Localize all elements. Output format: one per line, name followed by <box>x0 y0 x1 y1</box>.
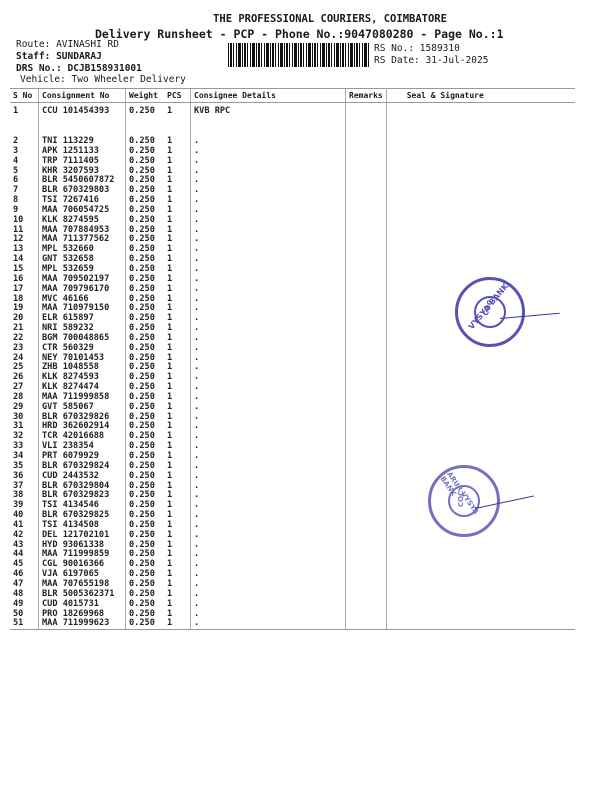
consignee-details-cell: . <box>191 413 346 423</box>
seal-signature-cell <box>386 422 575 432</box>
seal-signature-cell <box>386 363 575 373</box>
remarks-cell <box>346 275 387 285</box>
sno-cell: 1 <box>10 103 39 138</box>
consignee-details-cell: . <box>191 147 346 157</box>
remarks-cell <box>346 373 387 383</box>
consignee-details-cell: . <box>191 176 346 186</box>
table-row: 32TCR 420166880.2501. <box>10 432 575 442</box>
table-row: 51MAA 7119996230.2501. <box>10 619 575 629</box>
vehicle-label: Vehicle: <box>20 74 66 85</box>
remarks-cell <box>346 285 387 295</box>
route-label: Route: <box>16 39 50 50</box>
consignee-details-cell: . <box>191 580 346 590</box>
remarks-cell <box>346 442 387 452</box>
consignee-details-cell: . <box>191 541 346 551</box>
remarks-cell <box>346 295 387 305</box>
remarks-cell <box>346 610 387 620</box>
consignee-details-cell: . <box>191 235 346 245</box>
remarks-cell <box>346 265 387 275</box>
consignee-details-cell: . <box>191 265 346 275</box>
stamp-inner-text: COC <box>457 491 465 507</box>
consignee-details-cell: . <box>191 432 346 442</box>
seal-signature-cell <box>386 393 575 403</box>
seal-signature-cell <box>386 235 575 245</box>
table-row: 12MAA 7113775620.2501. <box>10 235 575 245</box>
remarks-cell <box>346 147 387 157</box>
seal-signature-cell <box>386 452 575 462</box>
remarks-cell <box>346 580 387 590</box>
remarks-cell <box>346 363 387 373</box>
consignee-details-cell: . <box>191 167 346 177</box>
consignee-details-cell: . <box>191 216 346 226</box>
remarks-cell <box>346 383 387 393</box>
seal-signature-cell <box>386 550 575 560</box>
seal-signature-cell <box>386 196 575 206</box>
consignee-details-cell: . <box>191 196 346 206</box>
consignee-details-cell: . <box>191 619 346 629</box>
consignee-details-cell: . <box>191 363 346 373</box>
col-sno: S No <box>10 89 39 103</box>
remarks-cell <box>346 432 387 442</box>
consignee-details-cell: . <box>191 285 346 295</box>
remarks-cell <box>346 501 387 511</box>
remarks-cell <box>346 600 387 610</box>
remarks-cell <box>346 176 387 186</box>
remarks-cell <box>346 304 387 314</box>
vehicle-value: Two Wheeler Delivery <box>72 74 186 85</box>
consignee-details-cell: . <box>191 186 346 196</box>
remarks-cell <box>346 590 387 600</box>
seal-signature-cell <box>386 590 575 600</box>
consignee-details-cell: . <box>191 354 346 364</box>
consignee-details-cell: . <box>191 334 346 344</box>
seal-signature-cell <box>386 403 575 413</box>
bank-stamp: ARUR VYSYA BANK COC <box>428 465 500 537</box>
seal-signature-cell <box>386 167 575 177</box>
remarks-cell <box>346 462 387 472</box>
consignee-details-cell: . <box>191 560 346 570</box>
remarks-cell <box>346 186 387 196</box>
seal-signature-cell <box>386 265 575 275</box>
col-seal-signature: Seal & Signature <box>386 89 575 103</box>
consignee-details-cell: . <box>191 344 346 354</box>
consignee-details-cell: . <box>191 373 346 383</box>
remarks-cell <box>346 531 387 541</box>
pcs-cell: 1 <box>164 619 191 629</box>
drs-label: DRS No.: <box>16 63 62 74</box>
seal-signature-cell <box>386 610 575 620</box>
remarks-cell <box>346 541 387 551</box>
remarks-cell <box>346 216 387 226</box>
table-header-row: S No Consignment No Weight PCS Consignee… <box>10 89 575 103</box>
route-line: Route: AVINASHI RD <box>16 39 119 51</box>
remarks-cell <box>346 403 387 413</box>
consignee-details-cell: . <box>191 314 346 324</box>
remarks-cell <box>346 344 387 354</box>
remarks-cell <box>346 196 387 206</box>
route-value: AVINASHI RD <box>56 39 119 50</box>
consignee-details-cell: . <box>191 442 346 452</box>
consignee-details-cell: . <box>191 511 346 521</box>
seal-signature-cell <box>386 413 575 423</box>
seal-signature-cell <box>386 245 575 255</box>
seal-signature-cell <box>386 186 575 196</box>
seal-signature-cell <box>386 383 575 393</box>
weight-cell: 0.250 <box>126 619 165 629</box>
remarks-cell <box>346 619 387 629</box>
consignee-details-cell: . <box>191 226 346 236</box>
remarks-cell <box>346 570 387 580</box>
remarks-cell <box>346 226 387 236</box>
consignee-details-cell: . <box>191 600 346 610</box>
col-remarks: Remarks <box>346 89 387 103</box>
seal-signature-cell <box>386 373 575 383</box>
consignment-no-cell: CCU 101454393 <box>39 103 126 138</box>
col-weight: Weight <box>126 89 165 103</box>
table-row: 1CCU 1014543930.2501KVB RPC <box>10 103 575 138</box>
remarks-cell <box>346 354 387 364</box>
remarks-cell <box>346 167 387 177</box>
runsheet-subtitle: Delivery Runsheet - PCP - Phone No.:9047… <box>95 27 504 41</box>
seal-signature-cell <box>386 147 575 157</box>
rs-no-line: RS No.: 1589310 <box>374 43 460 55</box>
seal-signature-cell <box>386 580 575 590</box>
consignee-details-cell: . <box>191 403 346 413</box>
consignee-details-cell: . <box>191 521 346 531</box>
table-body: 1CCU 1014543930.2501KVB RPC2TNI 1132290.… <box>10 103 575 630</box>
consignee-details-cell: . <box>191 137 346 147</box>
remarks-cell <box>346 452 387 462</box>
seal-signature-cell <box>386 226 575 236</box>
remarks-cell <box>346 482 387 492</box>
seal-signature-cell <box>386 255 575 265</box>
consignee-details-cell: . <box>191 491 346 501</box>
rs-no-value: 1589310 <box>420 43 460 54</box>
staff-label: Staff: <box>16 51 50 62</box>
remarks-cell <box>346 393 387 403</box>
staff-line: Staff: SUNDARAJ <box>16 51 102 63</box>
seal-signature-cell <box>386 216 575 226</box>
remarks-cell <box>346 314 387 324</box>
remarks-cell <box>346 206 387 216</box>
consignee-details-cell: . <box>191 304 346 314</box>
consignee-details-cell: . <box>191 570 346 580</box>
consignee-details-cell: KVB RPC <box>191 103 346 138</box>
consignee-details-cell: . <box>191 452 346 462</box>
vehicle-line: Vehicle: Two Wheeler Delivery <box>20 74 186 86</box>
consignee-details-cell: . <box>191 472 346 482</box>
remarks-cell <box>346 324 387 334</box>
remarks-cell <box>346 422 387 432</box>
seal-signature-cell <box>386 570 575 580</box>
seal-signature-cell <box>386 103 575 138</box>
remarks-cell <box>346 334 387 344</box>
consignee-details-cell: . <box>191 501 346 511</box>
remarks-cell <box>346 255 387 265</box>
drs-value: DCJB158931001 <box>68 63 142 74</box>
remarks-cell <box>346 521 387 531</box>
consignee-details-cell: . <box>191 590 346 600</box>
remarks-cell <box>346 235 387 245</box>
table-row: 13MPL 5326600.2501. <box>10 245 575 255</box>
consignment-no-cell: MAA 711999623 <box>39 619 126 629</box>
sno-cell: 51 <box>10 619 39 629</box>
barcode <box>228 43 370 67</box>
consignee-details-cell: . <box>191 462 346 472</box>
weight-cell: 0.250 <box>126 103 165 138</box>
remarks-cell <box>346 560 387 570</box>
seal-signature-cell <box>386 560 575 570</box>
consignee-details-cell: . <box>191 157 346 167</box>
consignee-details-cell: . <box>191 482 346 492</box>
company-title: THE PROFESSIONAL COURIERS, COIMBATORE <box>0 13 600 25</box>
consignee-details-cell: . <box>191 610 346 620</box>
col-consignment-no: Consignment No <box>39 89 126 103</box>
col-pcs: PCS <box>164 89 191 103</box>
seal-signature-cell <box>386 442 575 452</box>
rs-date-line: RS Date: 31-Jul-2025 <box>374 55 488 67</box>
seal-signature-cell <box>386 354 575 364</box>
consignee-details-cell: . <box>191 206 346 216</box>
rs-date-label: RS Date: <box>374 55 420 66</box>
pcs-cell: 1 <box>164 103 191 138</box>
consignee-details-cell: . <box>191 531 346 541</box>
runsheet-table: S No Consignment No Weight PCS Consignee… <box>10 88 575 630</box>
seal-signature-cell <box>386 137 575 147</box>
seal-signature-cell <box>386 206 575 216</box>
consignee-details-cell: . <box>191 393 346 403</box>
table-row: 28MAA 7119998580.2501. <box>10 393 575 403</box>
remarks-cell <box>346 550 387 560</box>
remarks-cell <box>346 157 387 167</box>
remarks-cell <box>346 491 387 501</box>
remarks-cell <box>346 413 387 423</box>
seal-signature-cell <box>386 176 575 186</box>
consignee-details-cell: . <box>191 550 346 560</box>
remarks-cell <box>346 511 387 521</box>
bank-stamp: VYSYA BANK COC <box>455 277 525 347</box>
remarks-cell <box>346 137 387 147</box>
staff-value: SUNDARAJ <box>56 51 102 62</box>
seal-signature-cell <box>386 619 575 629</box>
consignee-details-cell: . <box>191 255 346 265</box>
consignee-details-cell: . <box>191 295 346 305</box>
rs-no-label: RS No.: <box>374 43 414 54</box>
table-row: 14GNT 5326580.2501. <box>10 255 575 265</box>
consignee-details-cell: . <box>191 422 346 432</box>
remarks-cell <box>346 245 387 255</box>
consignee-details-cell: . <box>191 324 346 334</box>
seal-signature-cell <box>386 600 575 610</box>
consignee-details-cell: . <box>191 245 346 255</box>
consignee-details-cell: . <box>191 383 346 393</box>
remarks-cell <box>346 103 387 138</box>
rs-date-value: 31-Jul-2025 <box>426 55 489 66</box>
seal-signature-cell <box>386 157 575 167</box>
col-consignee-details: Consignee Details <box>191 89 346 103</box>
remarks-cell <box>346 472 387 482</box>
seal-signature-cell <box>386 432 575 442</box>
seal-signature-cell <box>386 541 575 551</box>
consignee-details-cell: . <box>191 275 346 285</box>
